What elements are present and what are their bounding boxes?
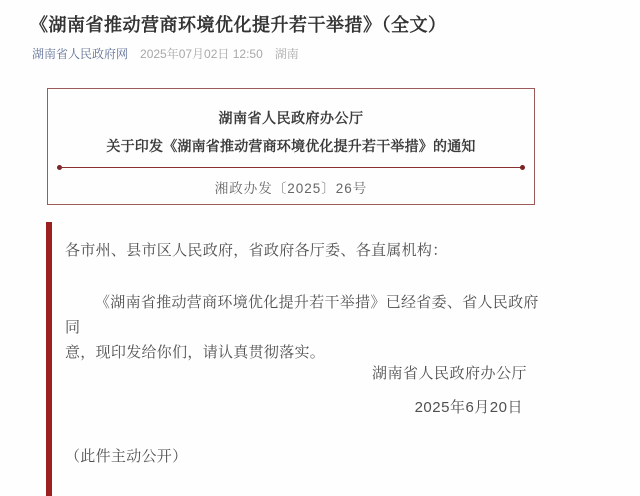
- letter-body-line1: 《湖南省推动营商环境优化提升若干举措》已经省委、省人民政府同: [65, 290, 547, 340]
- page-title: 《湖南省推动营商环境优化提升若干举措》（全文）: [30, 11, 447, 37]
- divider-line: [59, 167, 523, 168]
- letter-body-paragraph: 《湖南省推动营商环境优化提升若干举措》已经省委、省人民政府同 意，现印发给你们，…: [65, 290, 547, 365]
- notice-issuer-line: 湖南省人民政府办公厅: [48, 108, 534, 128]
- signer-name: 湖南省人民政府办公厅: [65, 362, 527, 383]
- letter-salutation: 各市州、县市区人民政府，省政府各厅委、各直属机构：: [65, 239, 545, 260]
- disclosure-note: （此件主动公开）: [65, 445, 187, 466]
- divider-dot-right-icon: [520, 165, 525, 170]
- signature-block: 湖南省人民政府办公厅 2025年6月20日: [65, 362, 527, 417]
- notice-subject-line: 关于印发《湖南省推动营商环境优化提升若干举措》的通知: [48, 136, 534, 156]
- source-link[interactable]: 湖南省人民政府网: [32, 47, 128, 61]
- red-accent-bar: [46, 222, 52, 496]
- article-page: 《湖南省推动营商环境优化提升若干举措》（全文） 湖南省人民政府网2025年07月…: [0, 0, 640, 496]
- region-tag: 湖南: [275, 47, 299, 61]
- publish-time: 2025年07月02日 12:50: [140, 47, 263, 61]
- red-divider: [57, 165, 525, 170]
- sign-date: 2025年6月20日: [65, 396, 527, 417]
- doc-number: 湘政办发〔2025〕26号: [48, 177, 534, 197]
- notice-header-box: 湖南省人民政府办公厅 关于印发《湖南省推动营商环境优化提升若干举措》的通知 湘政…: [47, 88, 535, 205]
- article-meta: 湖南省人民政府网2025年07月02日 12:50湖南: [32, 45, 299, 62]
